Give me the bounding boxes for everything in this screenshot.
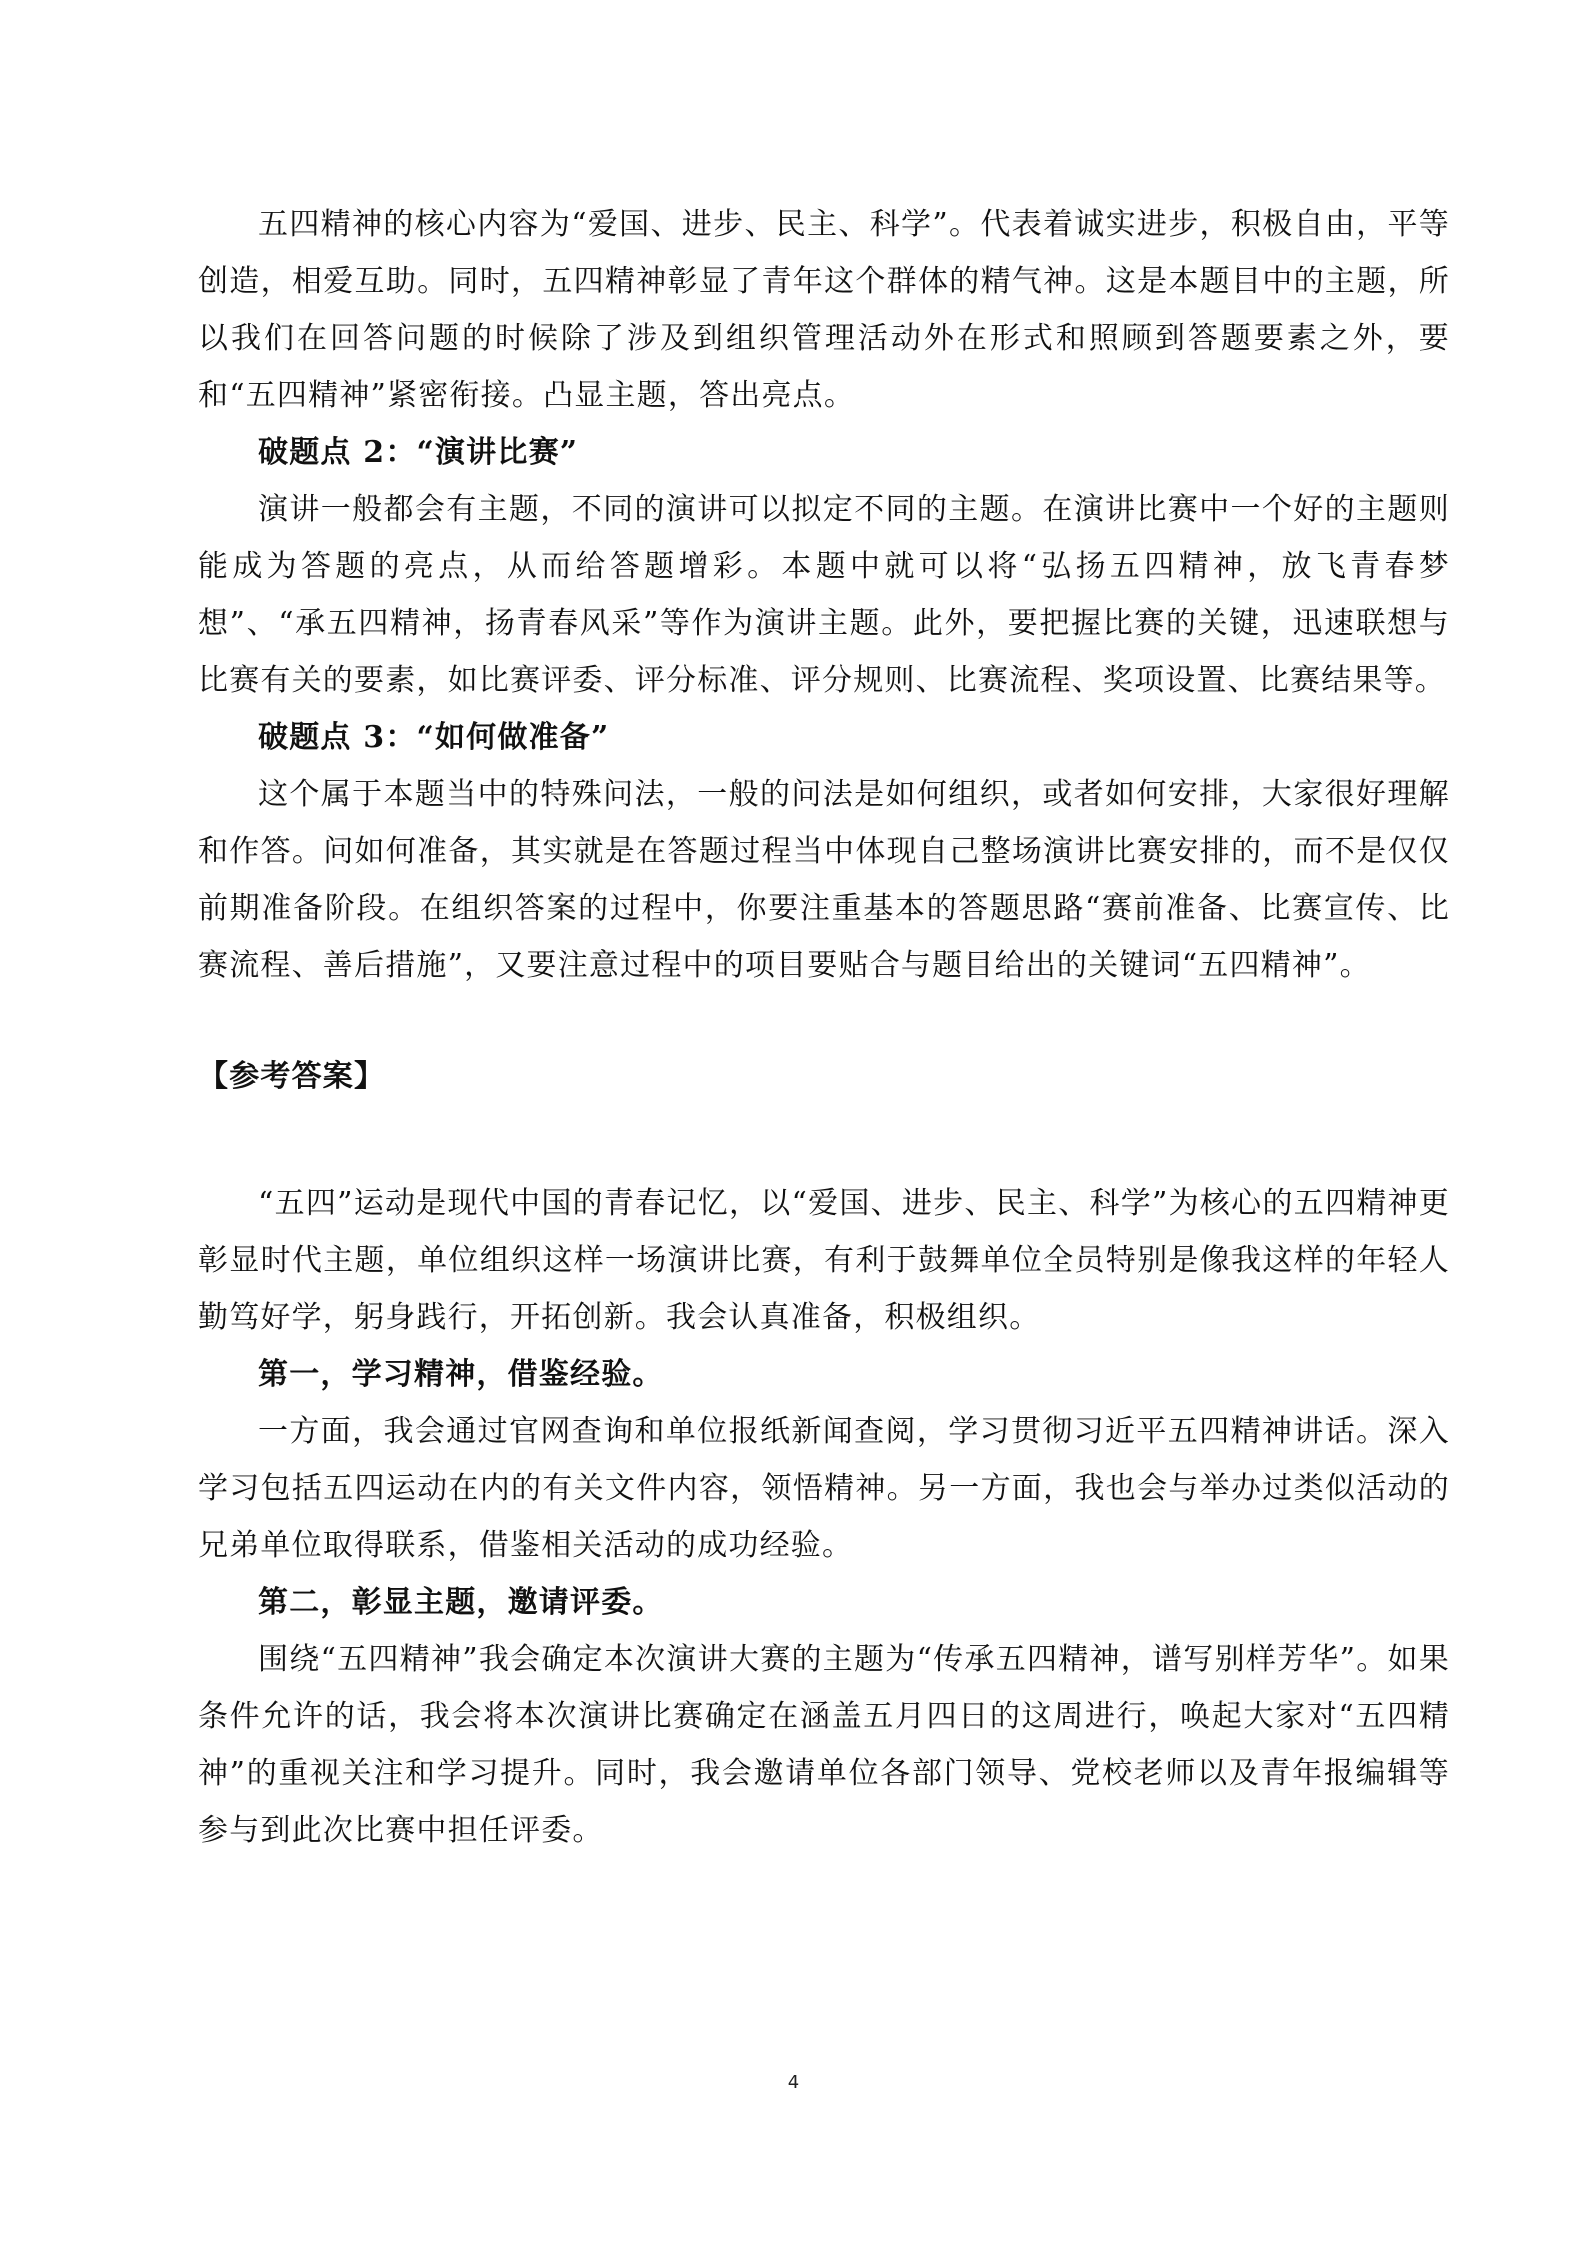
page-number: 4 (0, 2072, 1587, 2093)
point-2-heading: 破题点 2：“演讲比赛” (198, 424, 1450, 481)
point-2-body: 演讲一般都会有主题，不同的演讲可以拟定不同的主题。在演讲比赛中一个好的主题则能成… (198, 481, 1450, 709)
step-1-body: 一方面，我会通过官网查询和单位报纸新闻查阅，学习贯彻习近平五四精神讲话。深入学习… (198, 1403, 1450, 1574)
step-2-body: 围绕“五四精神”我会确定本次演讲大赛的主题为“传承五四精神，谱写别样芳华”。如果… (198, 1631, 1450, 1859)
spacer (198, 1105, 1450, 1175)
document-page: 五四精神的核心内容为“爱国、进步、民主、科学”。代表着诚实进步，积极自由，平等创… (198, 196, 1450, 1859)
step-1-heading: 第一，学习精神，借鉴经验。 (198, 1346, 1450, 1403)
reference-answer-title: 【参考答案】 (198, 1048, 1450, 1105)
reference-answer-opening: “五四”运动是现代中国的青春记忆，以“爱国、进步、民主、科学”为核心的五四精神更… (198, 1175, 1450, 1346)
point-3-body: 这个属于本题当中的特殊问法，一般的问法是如何组织，或者如何安排，大家很好理解和作… (198, 766, 1450, 994)
intro-paragraph: 五四精神的核心内容为“爱国、进步、民主、科学”。代表着诚实进步，积极自由，平等创… (198, 196, 1450, 424)
step-2-heading: 第二，彰显主题，邀请评委。 (198, 1574, 1450, 1631)
spacer (198, 994, 1450, 1048)
point-3-heading: 破题点 3：“如何做准备” (198, 709, 1450, 766)
